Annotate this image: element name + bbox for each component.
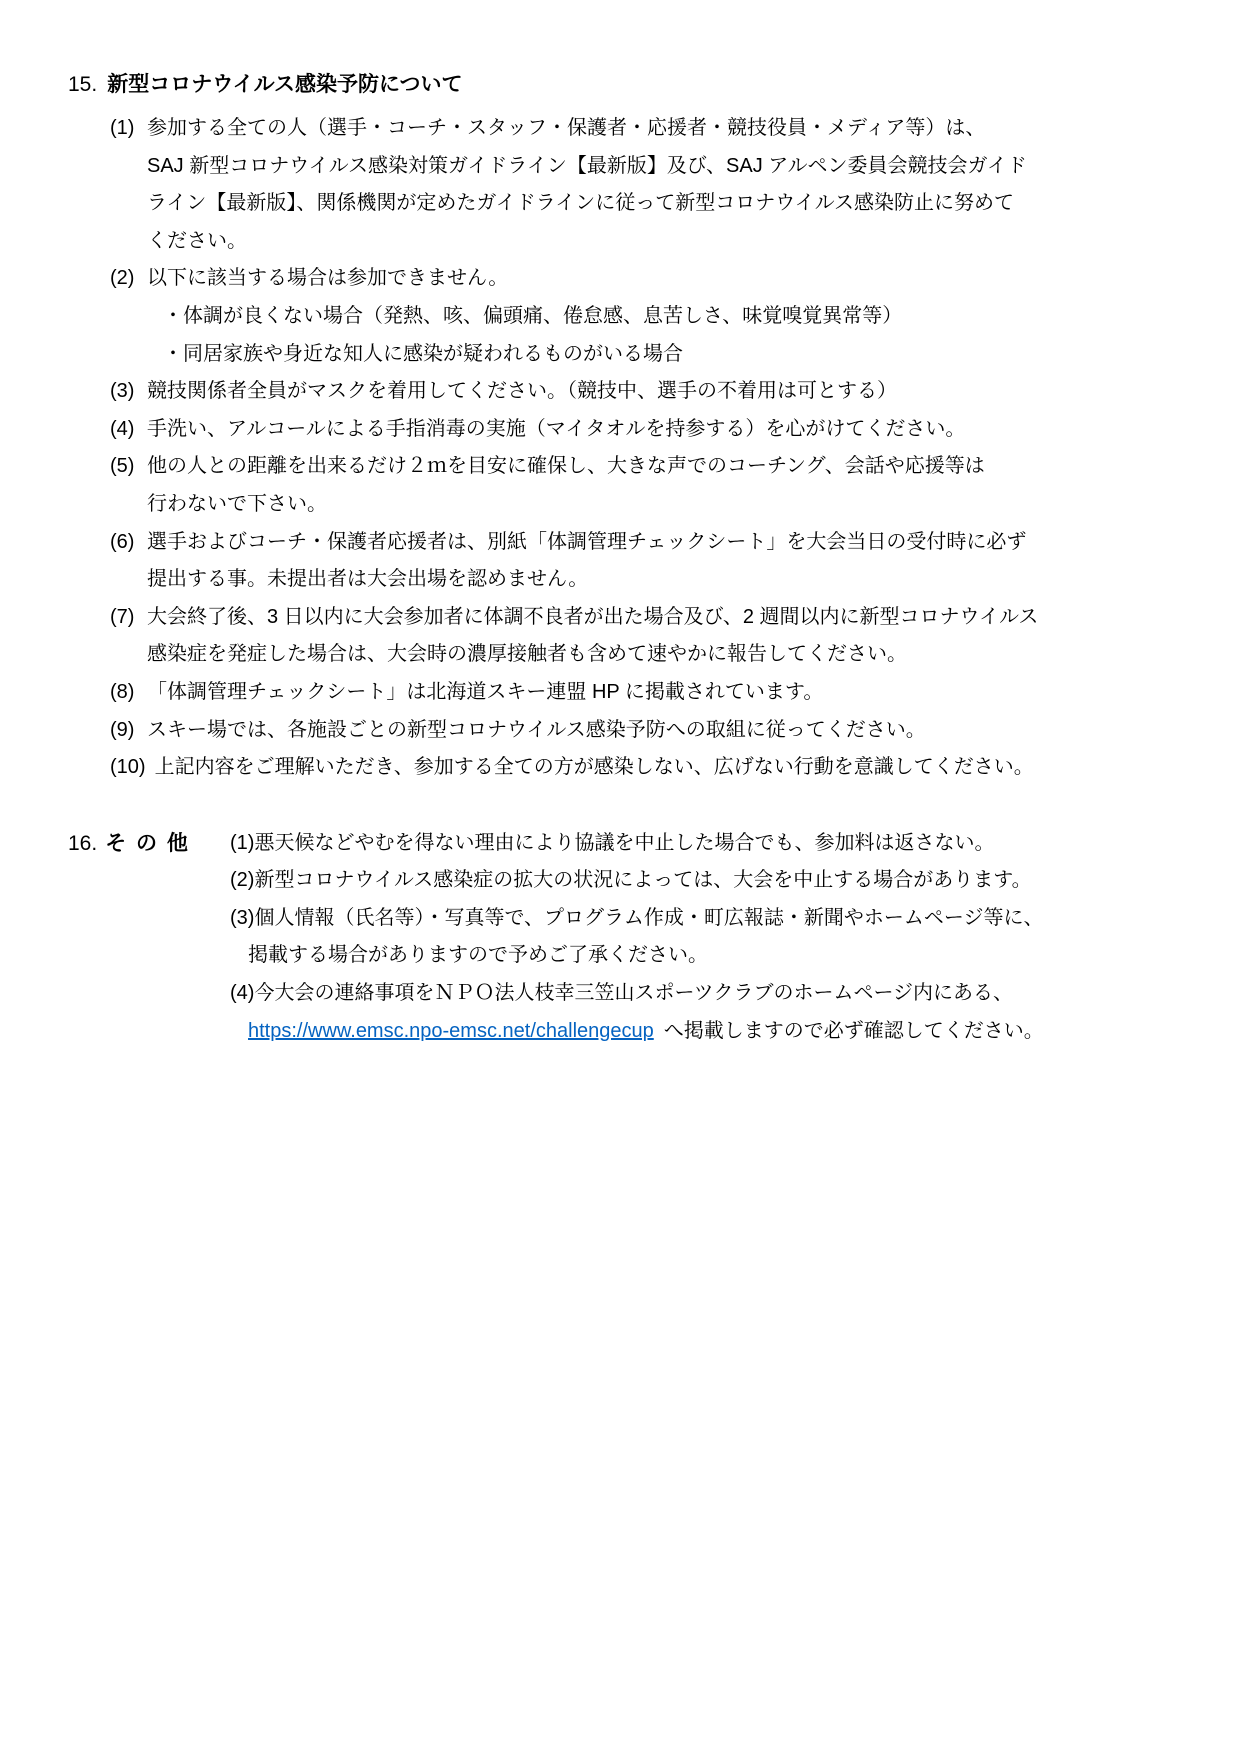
bullet-line: ・体調が良くない場合（発熱、咳、偏頭痛、倦怠感、息苦しさ、味覚嗅覚異常等）	[147, 298, 1241, 336]
item-number: (10)	[110, 749, 146, 787]
item-line: 個人情報（氏名等）・写真等で、プログラム作成・町広報誌・新聞やホームページ等に、	[254, 907, 1043, 929]
section-16: 16.そ の 他 (1)悪天候などやむを得ない理由により協議を中止した場合でも、…	[0, 825, 1241, 1051]
item-line: 選手およびコーチ・保護者応援者は、別紙「体調管理チェックシート」を大会当日の受付…	[147, 524, 1241, 562]
section-16-number: 16.	[68, 832, 97, 855]
section-16-list: (1)悪天候などやむを得ない理由により協議を中止した場合でも、参加料は返さない。…	[230, 825, 1241, 1051]
item-line: 「体調管理チェックシート」は北海道スキー連盟 HP に掲載されています。	[147, 674, 1241, 712]
list-item: (1) 参加する全ての人（選手・コーチ・スタッフ・保護者・応援者・競技役員・メデ…	[110, 110, 1241, 260]
list-item: (1)悪天候などやむを得ない理由により協議を中止した場合でも、参加料は返さない。	[230, 825, 1241, 863]
item-line: 競技関係者全員がマスクを着用してください。（競技中、選手の不着用は可とする）	[147, 373, 1241, 411]
list-item: (2)新型コロナウイルス感染症の拡大の状況によっては、大会を中止する場合がありま…	[230, 862, 1241, 900]
item-number: (4)	[110, 411, 138, 449]
item-line: 以下に該当する場合は参加できません。	[147, 260, 1241, 298]
item-number: (1)	[110, 110, 138, 148]
item-number: (2)	[230, 869, 254, 891]
item-line: 参加する全ての人（選手・コーチ・スタッフ・保護者・応援者・競技役員・メディア等）…	[147, 110, 1241, 148]
item-line: 手洗い、アルコールによる手指消毒の実施（マイタオルを持参する）を心がけてください…	[147, 411, 1241, 449]
item-line: 悪天候などやむを得ない理由により協議を中止した場合でも、参加料は返さない。	[254, 832, 994, 854]
section-15-list: (1) 参加する全ての人（選手・コーチ・スタッフ・保護者・応援者・競技役員・メデ…	[0, 110, 1241, 787]
item-line: 上記内容をご理解いただき、参加する全ての方が感染しない、広げない行動を意識してく…	[155, 749, 1241, 787]
item-line: 大会終了後、3 日以内に大会参加者に体調不良者が出た場合及び、2 週間以内に新型…	[147, 599, 1241, 637]
item-line: 感染症を発症した場合は、大会時の濃厚接触者も含めて速やかに報告してください。	[147, 636, 1241, 674]
item-line: 他の人との距離を出来るだけ２ｍを目安に確保し、大きな声でのコーチング、会話や応援…	[147, 448, 1241, 486]
section-15-heading: 15.新型コロナウイルス感染予防について	[0, 0, 1241, 110]
section-16-heading: 16.そ の 他	[68, 825, 230, 863]
item-number: (3)	[230, 907, 254, 929]
list-item: (4) 手洗い、アルコールによる手指消毒の実施（マイタオルを持参する）を心がけて…	[110, 411, 1241, 449]
item-line: 掲載する場合がありますので予めご了承ください。	[230, 937, 1241, 975]
item-number: (1)	[230, 832, 254, 854]
list-item: (4)今大会の連絡事項をＮＰＯ法人枝幸三笠山スポーツクラブのホームページ内にある…	[230, 975, 1241, 1013]
item-number: (2)	[110, 260, 138, 298]
item-line: 行わないで下さい。	[147, 486, 1241, 524]
item-number: (5)	[110, 448, 138, 486]
item-line: SAJ 新型コロナウイルス感染対策ガイドライン【最新版】及び、SAJ アルペン委…	[147, 148, 1241, 186]
list-item: (3) 競技関係者全員がマスクを着用してください。（競技中、選手の不着用は可とす…	[110, 373, 1241, 411]
item-line: https://www.emsc.npo-emsc.net/challengec…	[230, 1013, 1241, 1051]
list-item: (5) 他の人との距離を出来るだけ２ｍを目安に確保し、大きな声でのコーチング、会…	[110, 448, 1241, 523]
item-line: ライン【最新版】、関係機関が定めたガイドラインに従って新型コロナウイルス感染防止…	[147, 185, 1241, 223]
list-item: (9) スキー場では、各施設ごとの新型コロナウイルス感染予防への取組に従ってくだ…	[110, 712, 1241, 750]
list-item: (8) 「体調管理チェックシート」は北海道スキー連盟 HP に掲載されています。	[110, 674, 1241, 712]
section-15-number: 15.	[68, 73, 97, 96]
bullet-line: ・同居家族や身近な知人に感染が疑われるものがいる場合	[147, 336, 1241, 374]
list-item: (3)個人情報（氏名等）・写真等で、プログラム作成・町広報誌・新聞やホームページ…	[230, 900, 1241, 938]
link-suffix-text: へ掲載しますので必ず確認してください。	[654, 1020, 1044, 1042]
item-number: (8)	[110, 674, 138, 712]
item-number: (3)	[110, 373, 138, 411]
item-number: (4)	[230, 982, 254, 1004]
section-15-title: 新型コロナウイルス感染予防について	[107, 73, 462, 96]
document-page: 15.新型コロナウイルス感染予防について (1) 参加する全ての人（選手・コーチ…	[0, 0, 1241, 1755]
list-item: (2) 以下に該当する場合は参加できません。 ・体調が良くない場合（発熱、咳、偏…	[110, 260, 1241, 373]
item-number: (9)	[110, 712, 138, 750]
item-line: 提出する事。未提出者は大会出場を認めません。	[147, 561, 1241, 599]
item-line: 今大会の連絡事項をＮＰＯ法人枝幸三笠山スポーツクラブのホームページ内にある、	[254, 982, 1013, 1004]
item-line: 新型コロナウイルス感染症の拡大の状況によっては、大会を中止する場合があります。	[254, 869, 1031, 891]
section-16-title: そ の 他	[105, 832, 190, 855]
item-number: (6)	[110, 524, 138, 562]
list-item: (10) 上記内容をご理解いただき、参加する全ての方が感染しない、広げない行動を…	[110, 749, 1241, 787]
list-item: (6) 選手およびコーチ・保護者応援者は、別紙「体調管理チェックシート」を大会当…	[110, 524, 1241, 599]
list-item: (7) 大会終了後、3 日以内に大会参加者に体調不良者が出た場合及び、2 週間以…	[110, 599, 1241, 674]
challengecup-link[interactable]: https://www.emsc.npo-emsc.net/challengec…	[248, 1020, 654, 1042]
item-number: (7)	[110, 599, 138, 637]
item-line: ください。	[147, 223, 1241, 261]
item-line: スキー場では、各施設ごとの新型コロナウイルス感染予防への取組に従ってください。	[147, 712, 1241, 750]
